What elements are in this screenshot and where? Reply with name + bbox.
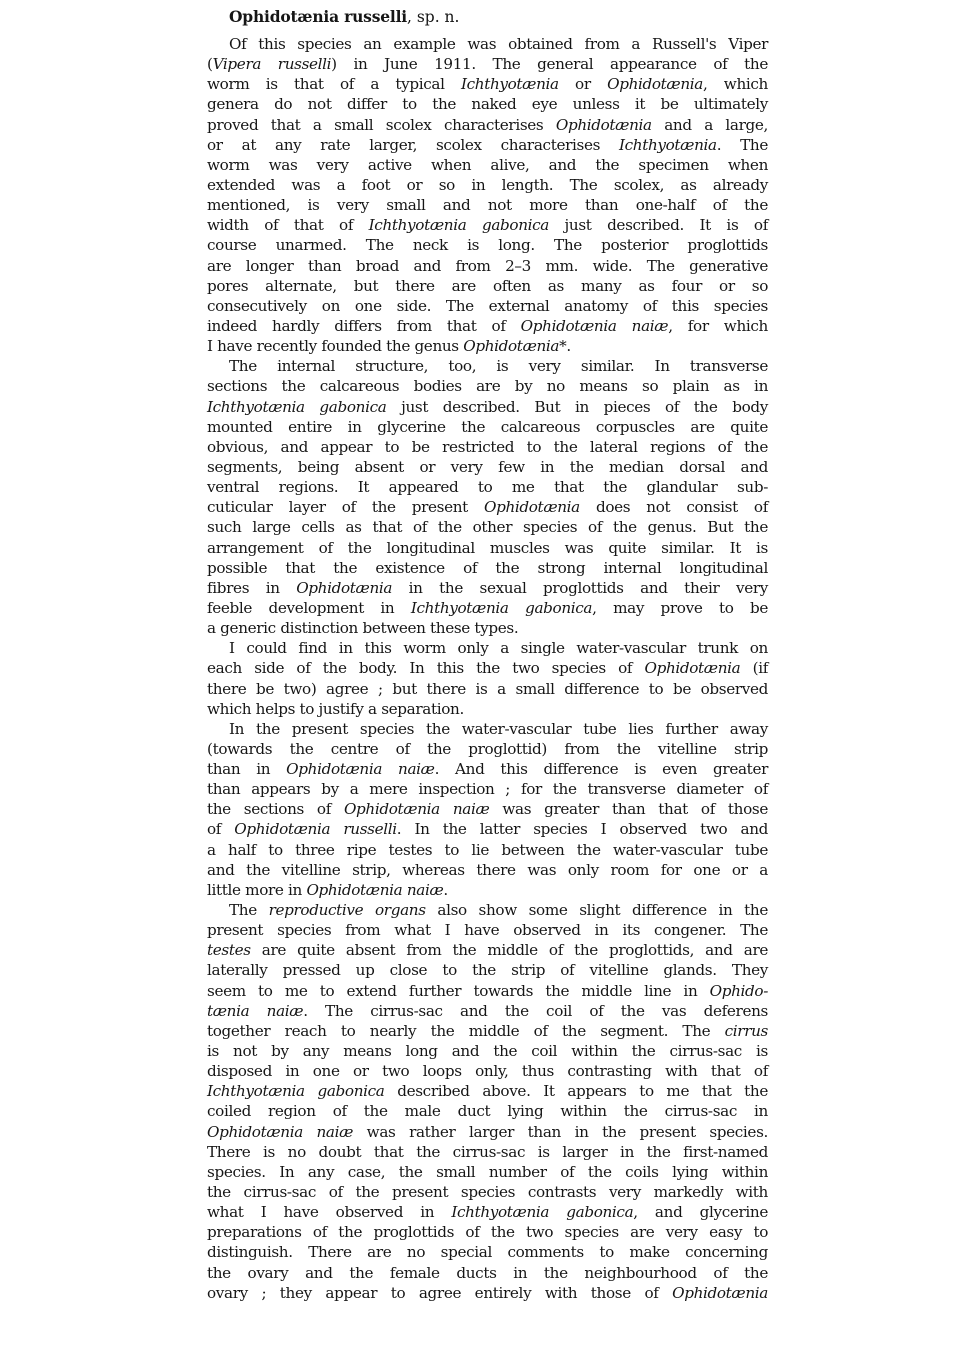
text-line: preparations of the proglottids of the t… <box>207 1222 768 1242</box>
text-line: consecutively on one side. The external … <box>207 296 768 316</box>
text-line: testes are quite absent from the middle … <box>207 940 768 960</box>
text-line: present species from what I have observe… <box>207 920 768 940</box>
text-run: arrangement of the longitudinal muscles … <box>207 539 768 557</box>
text-run: in the sexual proglottids and their very <box>392 579 768 597</box>
text-run: The <box>229 901 269 919</box>
text-line: feeble development in Ichthyotænia gabon… <box>207 598 768 618</box>
text-run: distinguish. There are no special commen… <box>207 1243 768 1261</box>
text-run: (if <box>740 659 768 677</box>
italic-term: testes <box>207 941 251 959</box>
text-run: ventral regions. It appeared to me that … <box>207 478 768 496</box>
text-line: Ichthyotænia gabonica just described. Bu… <box>207 397 768 417</box>
text-run: , for which <box>668 317 768 335</box>
text-run: coiled region of the male duct lying wit… <box>207 1102 768 1120</box>
text-run: which helps to justify a separation. <box>207 700 464 718</box>
italic-term: Vipera russelli <box>213 55 332 73</box>
text-run: what I have observed in <box>207 1203 451 1221</box>
italic-term: Ophidotænia <box>607 75 703 93</box>
text-line: course unarmed. The neck is long. The po… <box>207 235 768 255</box>
text-line: I have recently founded the genus Ophido… <box>207 336 768 356</box>
text-run: worm was very active when alive, and the… <box>207 156 768 174</box>
italic-term: Ichthyotænia <box>619 136 717 154</box>
text-line: Ichthyotænia gabonica described above. I… <box>207 1081 768 1101</box>
body-text: Of this species an example was obtained … <box>207 34 768 1303</box>
text-run: pores alternate, but there are often as … <box>207 277 768 295</box>
text-run: . The <box>717 136 768 154</box>
text-line: disposed in one or two loops only, thus … <box>207 1061 768 1081</box>
italic-term: Ophido- <box>710 982 768 1000</box>
text-line: species. In any case, the small number o… <box>207 1162 768 1182</box>
text-run: indeed hardly differs from that of <box>207 317 521 335</box>
text-run: just described. It is of <box>549 216 768 234</box>
text-line: the sections of Ophidotænia naiæ was gre… <box>207 799 768 819</box>
text-line: is not by any means long and the coil wi… <box>207 1041 768 1061</box>
italic-term: cirrus <box>725 1022 768 1040</box>
italic-term: Ophidotænia <box>644 659 740 677</box>
text-run: was rather larger than in the present sp… <box>353 1123 768 1141</box>
text-line: indeed hardly differs from that of Ophid… <box>207 316 768 336</box>
text-line: There is no doubt that the cirrus-sac is… <box>207 1142 768 1162</box>
text-run: such large cells as that of the other sp… <box>207 518 768 536</box>
text-run: each side of the body. In this the two s… <box>207 659 644 677</box>
text-line: what I have observed in Ichthyotænia gab… <box>207 1202 768 1222</box>
text-line: (towards the centre of the proglottid) f… <box>207 739 768 759</box>
italic-term: Ophidotænia naiæ <box>286 760 434 778</box>
text-run: course unarmed. The neck is long. The po… <box>207 236 768 254</box>
text-run: or at any rate larger, scolex characteri… <box>207 136 619 154</box>
text-line: each side of the body. In this the two s… <box>207 658 768 678</box>
text-line: little more in Ophidotænia naiæ. <box>207 880 768 900</box>
text-line: laterally pressed up close to the strip … <box>207 960 768 980</box>
text-run: and the vitelline strip, whereas there w… <box>207 861 768 879</box>
text-line: than in Ophidotænia naiæ. And this diffe… <box>207 759 768 779</box>
text-line: mounted entire in glycerine the calcareo… <box>207 417 768 437</box>
text-line: are longer than broad and from 2–3 mm. w… <box>207 256 768 276</box>
text-run: , which <box>703 75 768 93</box>
text-line: mentioned, is very small and not more th… <box>207 195 768 215</box>
text-run: , may prove to be <box>592 599 768 617</box>
text-run: extended was a foot or so in length. The… <box>207 176 768 194</box>
text-run: In the present species the water-vascula… <box>229 720 768 738</box>
text-line: tænia naiæ. The cirrus-sac and the coil … <box>207 1001 768 1021</box>
text-run: the ovary and the female ducts in the ne… <box>207 1264 768 1282</box>
text-line: the cirrus-sac of the present species co… <box>207 1182 768 1202</box>
text-line: genera do not differ to the naked eye un… <box>207 94 768 114</box>
text-run: or <box>559 75 607 93</box>
text-line: arrangement of the longitudinal muscles … <box>207 538 768 558</box>
italic-term: Ophidotænia <box>672 1284 768 1302</box>
text-line: ventral regions. It appeared to me that … <box>207 477 768 497</box>
text-run: (towards the centre of the proglottid) f… <box>207 740 768 758</box>
text-line: worm was very active when alive, and the… <box>207 155 768 175</box>
italic-term: Ichthyotænia gabonica <box>207 1082 385 1100</box>
text-run: mounted entire in glycerine the calcareo… <box>207 418 768 436</box>
text-line: Of this species an example was obtained … <box>207 34 768 54</box>
text-run: possible that the existence of the stron… <box>207 559 768 577</box>
text-line: cuticular layer of the present Ophidotæn… <box>207 497 768 517</box>
italic-term: reproductive organs <box>269 901 426 919</box>
text-run: preparations of the proglottids of the t… <box>207 1223 768 1241</box>
text-run: does not consist of <box>580 498 768 516</box>
text-run: I have recently founded the genus <box>207 337 463 355</box>
text-run: together reach to nearly the middle of t… <box>207 1022 725 1040</box>
text-run: cuticular layer of the present <box>207 498 484 516</box>
italic-term: Ophidotænia <box>296 579 392 597</box>
italic-term: Ophidotænia <box>463 337 559 355</box>
text-run: ovary ; they appear to agree entirely wi… <box>207 1284 672 1302</box>
text-run: and a large, <box>652 116 768 134</box>
text-run: there be two) agree ; but there is a sma… <box>207 680 768 698</box>
text-run: just described. But in pieces of the bod… <box>386 398 768 416</box>
italic-term: Ophidotænia naiæ <box>344 800 489 818</box>
text-line: I could find in this worm only a single … <box>207 638 768 658</box>
text-run: a generic distinction between these type… <box>207 619 518 637</box>
text-run: present species from what I have observe… <box>207 921 768 939</box>
text-run: the sections of <box>207 800 344 818</box>
text-line: width of that of Ichthyotænia gabonica j… <box>207 215 768 235</box>
text-run: than in <box>207 760 286 778</box>
text-line: ovary ; they appear to agree entirely wi… <box>207 1283 768 1303</box>
text-run: species. In any case, the small number o… <box>207 1163 768 1181</box>
text-run: segments, being absent or very few in th… <box>207 458 768 476</box>
text-run: genera do not differ to the naked eye un… <box>207 95 768 113</box>
text-run: , and glycerine <box>633 1203 768 1221</box>
text-line: than appears by a mere inspection ; for … <box>207 779 768 799</box>
italic-term: Ophidotænia naiæ <box>207 1123 353 1141</box>
text-line: and the vitelline strip, whereas there w… <box>207 860 768 880</box>
italic-term: Ichthyotænia gabonica <box>207 398 386 416</box>
text-run: fibres in <box>207 579 296 597</box>
text-run: is not by any means long and the coil wi… <box>207 1042 768 1060</box>
text-line: fibres in Ophidotænia in the sexual prog… <box>207 578 768 598</box>
text-line: (Vipera russelli) in June 1911. The gene… <box>207 54 768 74</box>
text-run: . The cirrus-sac and the coil of the vas… <box>303 1002 768 1020</box>
text-run: feeble development in <box>207 599 411 617</box>
text-run: than appears by a mere inspection ; for … <box>207 780 768 798</box>
text-run: obvious, and appear to be restricted to … <box>207 438 768 456</box>
text-line: segments, being absent or very few in th… <box>207 457 768 477</box>
text-line: worm is that of a typical Ichthyotænia o… <box>207 74 768 94</box>
text-run: proved that a small scolex characterises <box>207 116 556 134</box>
text-run: described above. It appears to me that t… <box>385 1082 768 1100</box>
text-line: In the present species the water-vascula… <box>207 719 768 739</box>
text-line: pores alternate, but there are often as … <box>207 276 768 296</box>
text-line: proved that a small scolex characterises… <box>207 115 768 135</box>
text-line: the ovary and the female ducts in the ne… <box>207 1263 768 1283</box>
text-line: a half to three ripe testes to lie betwe… <box>207 840 768 860</box>
italic-term: Ichthyotænia gabonica <box>411 599 592 617</box>
text-run: There is no doubt that the cirrus-sac is… <box>207 1143 768 1161</box>
text-line: possible that the existence of the stron… <box>207 558 768 578</box>
text-line: Ophidotænia naiæ was rather larger than … <box>207 1122 768 1142</box>
text-run: . In the latter species I observed two a… <box>397 820 768 838</box>
text-line: seem to me to extend further towards the… <box>207 981 768 1001</box>
text-run: mentioned, is very small and not more th… <box>207 196 768 214</box>
italic-term: Ophidotænia <box>556 116 652 134</box>
text-run: . And this difference is even greater <box>435 760 768 778</box>
text-line: together reach to nearly the middle of t… <box>207 1021 768 1041</box>
italic-term: Ophidotænia russelli <box>234 820 397 838</box>
text-run: disposed in one or two loops only, thus … <box>207 1062 768 1080</box>
italic-term: Ichthyotænia gabonica <box>451 1203 633 1221</box>
text-line: or at any rate larger, scolex characteri… <box>207 135 768 155</box>
section-heading: Ophidotænia russelli, sp. n. <box>229 6 768 28</box>
text-line: coiled region of the male duct lying wit… <box>207 1101 768 1121</box>
text-line: of Ophidotænia russelli. In the latter s… <box>207 819 768 839</box>
text-run: width of that of <box>207 216 369 234</box>
species-name: Ophidotænia russelli <box>229 7 407 26</box>
italic-term: Ichthyotænia gabonica <box>369 216 549 234</box>
text-line: there be two) agree ; but there is a sma… <box>207 679 768 699</box>
text-line: The internal structure, too, is very sim… <box>207 356 768 376</box>
text-line: sections the calcareous bodies are by no… <box>207 376 768 396</box>
text-run: little more in <box>207 881 306 899</box>
text-run: sections the calcareous bodies are by no… <box>207 377 768 395</box>
text-run: consecutively on one side. The external … <box>207 297 768 315</box>
species-suffix: , sp. n. <box>407 8 460 26</box>
text-run: The internal structure, too, is very sim… <box>229 357 768 375</box>
text-line: obvious, and appear to be restricted to … <box>207 437 768 457</box>
text-run: of <box>207 820 234 838</box>
text-run: . <box>443 881 447 899</box>
text-run: a half to three ripe testes to lie betwe… <box>207 841 768 859</box>
text-run: also show some slight difference in the <box>426 901 768 919</box>
text-line: extended was a foot or so in length. The… <box>207 175 768 195</box>
text-run: ) in June 1911. The general appearance o… <box>331 55 768 73</box>
italic-term: Ophidotænia <box>484 498 580 516</box>
italic-term: Ophidotænia naiæ <box>306 881 443 899</box>
italic-term: Ophidotænia naiæ <box>521 317 669 335</box>
text-run: the cirrus-sac of the present species co… <box>207 1183 768 1201</box>
text-run: *. <box>559 337 571 355</box>
text-run: laterally pressed up close to the strip … <box>207 961 768 979</box>
italic-term: Ichthyotænia <box>461 75 559 93</box>
text-run: are quite absent from the middle of the … <box>251 941 768 959</box>
text-line: The reproductive organs also show some s… <box>207 900 768 920</box>
text-run: are longer than broad and from 2–3 mm. w… <box>207 257 768 275</box>
paper-page: Ophidotænia russelli, sp. n. Of this spe… <box>207 6 768 1303</box>
text-run: I could find in this worm only a single … <box>229 639 768 657</box>
text-run: seem to me to extend further towards the… <box>207 982 710 1000</box>
text-run: worm is that of a typical <box>207 75 461 93</box>
text-line: distinguish. There are no special commen… <box>207 1242 768 1262</box>
text-run: was greater than that of those <box>489 800 768 818</box>
text-line: such large cells as that of the other sp… <box>207 517 768 537</box>
text-line: a generic distinction between these type… <box>207 618 768 638</box>
text-run: Of this species an example was obtained … <box>229 35 768 53</box>
italic-term: tænia naiæ <box>207 1002 303 1020</box>
text-line: which helps to justify a separation. <box>207 699 768 719</box>
